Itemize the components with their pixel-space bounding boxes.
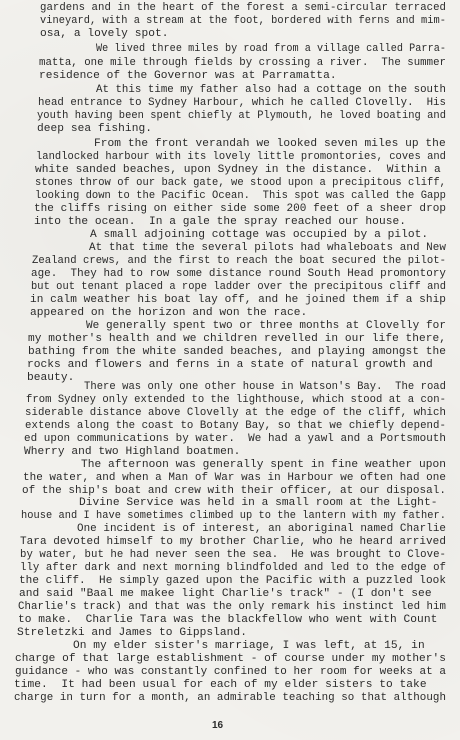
text-line: charge of that large establishment - of … [15,653,446,666]
text-line: to make. Charlie Tara was the blackfello… [18,614,437,627]
text-line: the water, and when a Man of War was in … [23,472,446,485]
text-line: from Sydney only extended to the lightho… [26,394,446,407]
text-line: rocks and flowers and ferns in a state o… [27,359,433,372]
text-line: guidance - who was constantly confined t… [15,666,446,679]
text-line: lly after dark and next morning blindfol… [20,562,446,575]
text-line: white sanded beaches, upon Sydney in the… [35,164,441,177]
text-line: stones throw of our back gate, we stood … [35,177,446,190]
text-line: matta, one mile through fields by crossi… [39,57,446,70]
text-line: bathing from the white sanded beaches, a… [28,346,446,359]
text-line: Divine Service was held in a small room … [79,497,437,510]
text-line: One incident is of interest, an aborigin… [77,523,446,536]
page-number: 16 [212,720,223,731]
text-line: siderable distance above Clovelly at the… [25,407,446,420]
text-line: and said "Baal me makee light Charlie's … [19,588,432,601]
text-line: gardens and in the heart of the forest a… [40,2,446,15]
text-line: residence of the Governor was at Parrama… [39,70,337,83]
text-line: Charlie's track) and that was the only r… [18,601,446,614]
text-line: Zealand crews, and the first to reach th… [32,255,446,268]
text-line: On my elder sister's marriage, I was lef… [73,640,425,653]
text-line: charge in turn for a month, an admirable… [14,692,446,705]
text-line: The afternoon was generally spent in fin… [81,459,446,472]
document-page: gardens and in the heart of the forest a… [0,0,460,740]
text-line: beauty. [27,372,74,385]
text-line: appeared on the horizon and won the race… [30,307,307,320]
text-line: A small adjoining cottage was occupied b… [90,229,428,242]
text-line: in calm weather his boat lay off, and he… [30,294,446,307]
text-line: house and I have sometimes climbed up to… [21,510,446,523]
text-line: Streletzki and James to Gippsland. [17,627,247,640]
text-line: From the front verandah we looked seven … [94,138,446,151]
text-line: vineyard, with a stream at the foot, bor… [40,15,446,28]
text-line: landlocked harbour with its lovely littl… [36,151,446,164]
text-line: osa, a lovely spot. [40,28,169,41]
text-line: into the ocean. In a gale the spray reac… [34,216,406,229]
text-line: We generally spent two or three months a… [86,320,446,333]
text-line: At this time my father also had a cottag… [96,84,446,97]
text-line: by water, but he had never seen the sea.… [20,549,446,562]
text-line: deep sea fishing. [37,123,152,136]
text-line: ed upon communications by water. We had … [24,433,446,446]
text-line: looking down to the Pacific Ocean. This … [35,190,446,203]
text-line: Tara devoted himself to my brother Charl… [20,536,446,549]
text-line: my mother's health and we children revel… [28,333,446,346]
text-line: head entrance to Sydney Harbour, which h… [38,97,446,110]
text-line: extends along the coast to Botany Bay, s… [25,420,446,433]
text-line: but out tenant placed a rope ladder over… [31,281,446,294]
text-line: At that time the several pilots had whal… [89,242,446,255]
text-line: Wherry and two Highland boatmen. [24,446,240,459]
text-line: the cliffs rising on either side some 20… [34,203,446,216]
text-line: time. It had been usual for each of my e… [14,679,427,692]
text-line: youth having been spent chiefly at Plymo… [37,110,446,123]
text-line: There was only one other house in Watson… [84,381,446,394]
text-line: age. They had to row some distance round… [31,268,446,281]
text-line: the cliff. He simply gazed upon the Paci… [19,575,446,588]
text-line: We lived three miles by road from a vill… [96,43,446,56]
